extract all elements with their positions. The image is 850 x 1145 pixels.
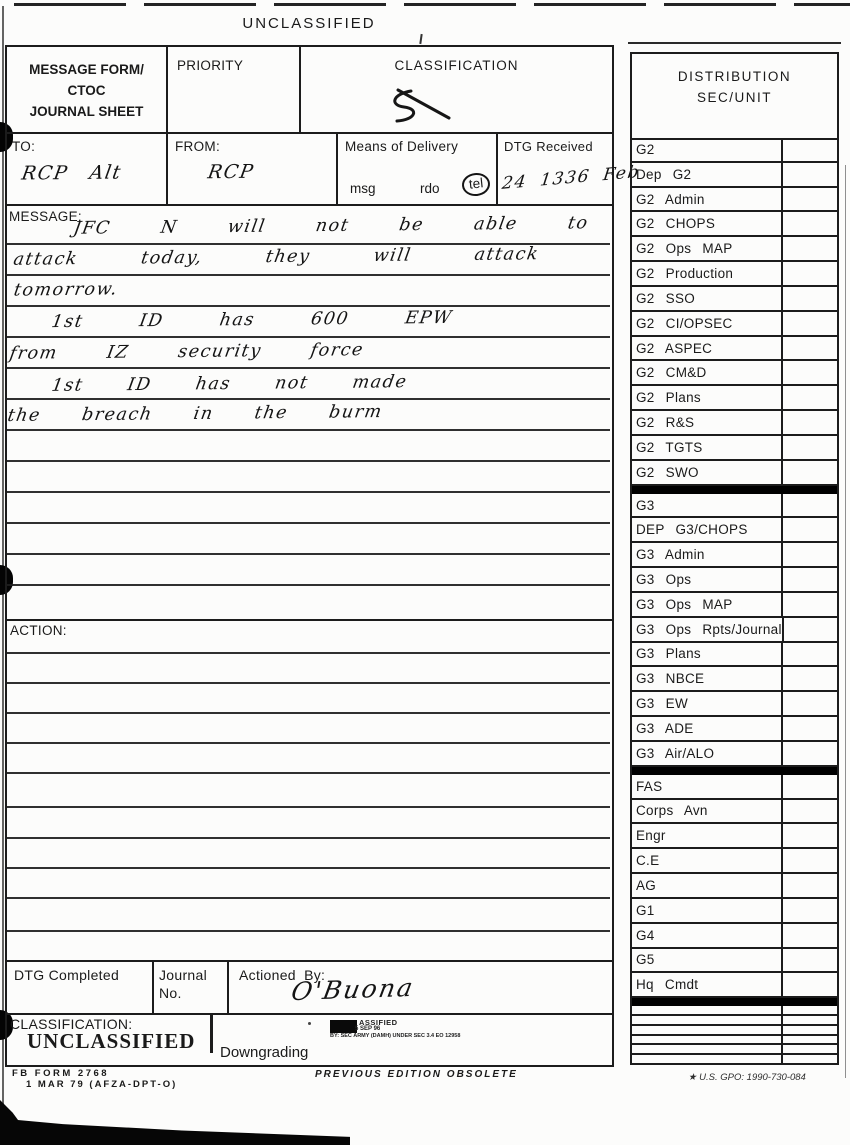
- distribution-rows: G2Dep G2G2 AdminG2 CHOPSG2 Ops MAPG2 Pro…: [630, 138, 839, 1065]
- distribution-row: G2 Production: [632, 262, 837, 287]
- distribution-row: AG: [632, 874, 837, 899]
- distribution-row-value-cell: [781, 593, 837, 616]
- distribution-row-value-cell: [781, 494, 837, 517]
- distribution-row-value-cell: [781, 973, 837, 996]
- distribution-row-label: G2 Plans: [632, 390, 701, 405]
- delivery-option-rdo: rdo: [420, 181, 440, 196]
- ruled-line: [7, 398, 610, 400]
- distribution-row-label: G5: [632, 952, 655, 967]
- distribution-row-value-cell: [781, 543, 837, 566]
- distribution-row-label: G2: [632, 142, 655, 157]
- ruled-line: [7, 553, 610, 555]
- distribution-row-label: G2 CHOPS: [632, 216, 715, 231]
- distribution-row: G2 SWO: [632, 461, 837, 486]
- distribution-row: G3 NBCE: [632, 667, 837, 692]
- distribution-row: G2: [632, 138, 837, 163]
- journal-no-label: Journal No.: [159, 967, 207, 1001]
- distribution-row-label: G2 Production: [632, 266, 733, 281]
- distribution-row: FAS: [632, 775, 837, 800]
- distribution-section-divider: [632, 767, 837, 775]
- distribution-row-label: G2 SSO: [632, 291, 695, 306]
- distribution-row-label: G3 Admin: [632, 547, 705, 562]
- ruled-line: [7, 712, 610, 714]
- classification-block-value: UNCLASSIFIED: [27, 1029, 195, 1054]
- form-edition: 1 MAR 79 (AFZA-DPT-O): [26, 1079, 177, 1090]
- distribution-row: G2 CM&D: [632, 361, 837, 386]
- ruled-line: [7, 930, 610, 932]
- distribution-section-divider: [632, 486, 837, 494]
- distribution-row-value-cell: [781, 643, 837, 666]
- distribution-row-value-cell: [781, 775, 837, 798]
- distribution-row: [632, 1055, 837, 1063]
- distribution-row-value-cell: [781, 800, 837, 823]
- handwritten-actioned-by-signature: O'Buona: [289, 973, 417, 1006]
- distribution-row-value-cell: [782, 618, 837, 641]
- distribution-row-value-cell: [781, 1026, 837, 1034]
- distribution-row-label: G2 CM&D: [632, 365, 707, 380]
- ruled-line: [7, 336, 610, 338]
- distribution-row: G4: [632, 924, 837, 949]
- form-title-line: MESSAGE FORM/: [7, 60, 166, 81]
- distribution-row: G1: [632, 899, 837, 924]
- dtg-completed-label: DTG Completed: [14, 967, 119, 983]
- distribution-row-label: G2 R&S: [632, 415, 694, 430]
- journal-no-cell: Journal No.: [152, 960, 229, 1015]
- stamp-line2: 5 SEP 96: [355, 1026, 380, 1032]
- top-classification-banner: UNCLASSIFIED: [5, 15, 613, 32]
- distribution-row: G2 Ops MAP: [632, 237, 837, 262]
- distribution-row-value-cell: [781, 899, 837, 922]
- distribution-row-label: G3 NBCE: [632, 671, 704, 686]
- distribution-row-value-cell: [781, 212, 837, 235]
- ruled-line: [7, 305, 610, 307]
- distribution-row-label: G2 SWO: [632, 465, 699, 480]
- from-label: FROM:: [175, 139, 220, 154]
- to-label: TO:: [12, 139, 35, 154]
- distribution-row: [632, 1006, 837, 1016]
- distribution-row-value-cell: [781, 924, 837, 947]
- distribution-row-label: G3 Ops: [632, 572, 691, 587]
- distribution-row-value-cell: [781, 287, 837, 310]
- handwritten-message-line: 1st ID has not made: [50, 372, 409, 396]
- distribution-row: Engr: [632, 824, 837, 849]
- distribution-row-label: C.E: [632, 853, 659, 868]
- distribution-row-label: G3 EW: [632, 696, 688, 711]
- handwritten-to-value: RCP Alt: [20, 161, 123, 184]
- ruled-line: [7, 652, 610, 654]
- distribution-header: DISTRIBUTION SEC/UNIT: [630, 52, 839, 140]
- page-left-edge: [2, 6, 4, 1106]
- means-of-delivery-label: Means of Delivery: [345, 139, 458, 154]
- distribution-row: G2 CI/OPSEC: [632, 312, 837, 337]
- handwritten-message-line: 1st ID has 600 EPW: [50, 308, 454, 332]
- distribution-row-value-cell: [781, 361, 837, 384]
- distribution-row-value-cell: [781, 717, 837, 740]
- distribution-row: G2 SSO: [632, 287, 837, 312]
- page-right-edge: [845, 165, 846, 1078]
- distribution-row: G2 Admin: [632, 188, 837, 213]
- action-section: [5, 619, 614, 962]
- delivery-option-msg: msg: [350, 181, 376, 196]
- distribution-row-label: Engr: [632, 828, 666, 843]
- distribution-title-line1: DISTRIBUTION: [632, 67, 837, 88]
- distribution-row-label: G2 CI/OPSEC: [632, 316, 733, 331]
- distribution-row-value-cell: [781, 849, 837, 872]
- distribution-row: G5: [632, 949, 837, 974]
- distribution-row: [632, 1016, 837, 1026]
- distribution-row-label: G3 ADE: [632, 721, 694, 736]
- stamp-redaction-box: [330, 1020, 357, 1033]
- distribution-row-value-cell: [781, 188, 837, 211]
- distribution-row-label: G3 Ops Rpts/Journal: [632, 622, 782, 637]
- distribution-row-value-cell: [781, 692, 837, 715]
- form-title-line: CTOC: [7, 81, 166, 102]
- distribution-row-label: AG: [632, 878, 656, 893]
- distribution-row: G3 EW: [632, 692, 837, 717]
- dtg-received-label: DTG Received: [504, 139, 593, 154]
- distribution-row-value-cell: [781, 312, 837, 335]
- ruled-line: [7, 682, 610, 684]
- distribution-row-value-cell: [781, 1055, 837, 1063]
- distribution-row-label: DEP G3/CHOPS: [632, 522, 748, 537]
- distribution-row-value-cell: [781, 1016, 837, 1024]
- distribution-row-label: G3: [632, 498, 655, 513]
- distribution-row: G2 CHOPS: [632, 212, 837, 237]
- actioned-by-cell: Actioned By:: [227, 960, 614, 1015]
- previous-edition-obsolete-note: PREVIOUS EDITION OBSOLETE: [315, 1069, 518, 1080]
- distribution-section-divider: [632, 998, 837, 1006]
- distribution-row: G2 ASPEC: [632, 337, 837, 362]
- distribution-row-label: G4: [632, 928, 655, 943]
- ruled-line: [7, 491, 610, 493]
- ruled-line: [7, 274, 610, 276]
- handwritten-message-line: tomorrow.: [12, 279, 119, 300]
- distribution-row: G2 R&S: [632, 411, 837, 436]
- stamp-line3: BY: SEC ARMY (DAMH) UNDER SEC 3.4 EO 129…: [330, 1033, 460, 1039]
- distribution-title-line2: SEC/UNIT: [632, 88, 837, 109]
- distribution-row: [632, 1045, 837, 1055]
- message-label: MESSAGE:: [9, 209, 82, 224]
- handwritten-circle-mark: tel: [461, 172, 492, 198]
- distribution-row-value-cell: [781, 163, 837, 186]
- distribution-row: G3 ADE: [632, 717, 837, 742]
- distribution-row-value-cell: [781, 568, 837, 591]
- distribution-row-value-cell: [781, 1006, 837, 1014]
- distribution-row-label: G3 Air/ALO: [632, 746, 714, 761]
- ruled-line: [7, 584, 610, 586]
- distribution-row-label: G2 TGTS: [632, 440, 703, 455]
- distribution-row-value-cell: [781, 824, 837, 847]
- distribution-row: C.E: [632, 849, 837, 874]
- ruled-line: [7, 897, 610, 899]
- distribution-table-top-line: [628, 42, 841, 44]
- declassification-stamp: ASSIFIED 5 SEP 96 BY: SEC ARMY (DAMH) UN…: [330, 1018, 570, 1044]
- distribution-row: G3 Ops: [632, 568, 837, 593]
- distribution-row-value-cell: [781, 874, 837, 897]
- distribution-row-value-cell: [781, 411, 837, 434]
- distribution-row: G3 Admin: [632, 543, 837, 568]
- ruled-line: [7, 837, 610, 839]
- scan-artifact-dot: [308, 1022, 311, 1025]
- priority-cell: PRIORITY: [166, 45, 301, 134]
- handwritten-message-line: the breach in the burm: [6, 402, 384, 426]
- scanned-journal-sheet: UNCLASSIFIED MESSAGE FORM/ CTOC JOURNAL …: [0, 0, 850, 1145]
- distribution-row: G2 Plans: [632, 386, 837, 411]
- page-top-edge: [14, 3, 850, 6]
- handwritten-message-line: from IZ security force: [8, 340, 366, 364]
- distribution-row-label: Dep G2: [632, 167, 691, 182]
- ruled-line: [7, 460, 610, 462]
- distribution-row-value-cell: [781, 742, 837, 765]
- distribution-row: Corps Avn: [632, 800, 837, 825]
- handwritten-from-value: RCP: [206, 161, 256, 183]
- distribution-row-value-cell: [781, 237, 837, 260]
- distribution-row: G2 TGTS: [632, 436, 837, 461]
- delivery-option-tel: tel: [462, 173, 490, 196]
- downgrading-label: Downgrading: [220, 1044, 308, 1061]
- form-number: FB FORM 2768: [12, 1068, 109, 1079]
- distribution-row-value-cell: [781, 138, 837, 161]
- distribution-row-value-cell: [781, 1045, 837, 1053]
- ruled-line: [7, 806, 610, 808]
- distribution-row-value-cell: [781, 1036, 837, 1044]
- distribution-row-value-cell: [781, 949, 837, 972]
- distribution-row-value-cell: [781, 386, 837, 409]
- distribution-row: Hq Cmdt: [632, 973, 837, 998]
- ruled-line: [7, 742, 610, 744]
- scan-artifact-bottom-wedge: [0, 1116, 350, 1145]
- handwritten-classification-strikeout: [377, 84, 457, 126]
- ruled-line: [7, 429, 610, 431]
- distribution-row-value-cell: [781, 262, 837, 285]
- distribution-row-label: G2 Admin: [632, 192, 705, 207]
- distribution-row-label: G3 Plans: [632, 646, 701, 661]
- distribution-row-value-cell: [781, 518, 837, 541]
- distribution-row: [632, 1026, 837, 1036]
- means-of-delivery-cell: Means of Delivery msgrdotel: [336, 132, 498, 206]
- dtg-completed-cell: DTG Completed: [5, 960, 154, 1015]
- distribution-row-label: G2 Ops MAP: [632, 241, 733, 256]
- gpo-print-note: ★ U.S. GPO: 1990-730-084: [688, 1072, 806, 1083]
- distribution-row: G3 Ops Rpts/Journal: [632, 618, 837, 643]
- distribution-row-label: G1: [632, 903, 655, 918]
- ruled-line: [7, 867, 610, 869]
- distribution-row: G3 Air/ALO: [632, 742, 837, 767]
- classification-label: CLASSIFICATION: [394, 58, 518, 73]
- distribution-row-value-cell: [781, 667, 837, 690]
- distribution-row-label: G3 Ops MAP: [632, 597, 733, 612]
- form-title-cell: MESSAGE FORM/ CTOC JOURNAL SHEET: [5, 45, 168, 134]
- distribution-row-label: G2 ASPEC: [632, 341, 712, 356]
- distribution-row: [632, 1036, 837, 1046]
- distribution-row-value-cell: [781, 461, 837, 484]
- action-label: ACTION:: [10, 623, 67, 638]
- form-title-line: JOURNAL SHEET: [7, 102, 166, 123]
- ruled-line: [7, 772, 610, 774]
- distribution-row: G3 Plans: [632, 643, 837, 668]
- ruled-line: [7, 367, 610, 369]
- distribution-row: DEP G3/CHOPS: [632, 518, 837, 543]
- distribution-row-label: Corps Avn: [632, 803, 708, 818]
- distribution-row-label: Hq Cmdt: [632, 977, 698, 992]
- distribution-row-label: FAS: [632, 779, 662, 794]
- priority-label: PRIORITY: [177, 58, 243, 73]
- distribution-row: G3 Ops MAP: [632, 593, 837, 618]
- distribution-row-value-cell: [781, 436, 837, 459]
- classification-block-divider: [210, 1015, 213, 1053]
- ruled-line: [7, 522, 610, 524]
- distribution-row: G3: [632, 494, 837, 519]
- distribution-row: Dep G2: [632, 163, 837, 188]
- scan-artifact-tick: [419, 34, 422, 44]
- distribution-row-value-cell: [781, 337, 837, 360]
